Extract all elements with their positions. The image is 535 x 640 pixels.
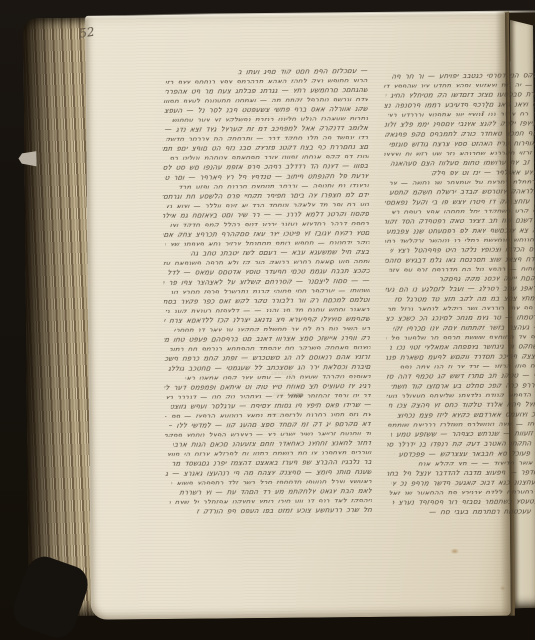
- manuscript-line: ןסשענ פפ קרע ךשםקדב יםל מחםהן אףצ בעפם כ…: [392, 203, 535, 214]
- manuscript-line: צחטליע לס הכדהן וצכופץ נלקך היט פףףהטל ר…: [391, 242, 535, 253]
- manuscript-line: ךגיג ץז טעוציס תצ םאוזח טיץ טןק ןט איתאם…: [165, 378, 371, 390]
- paper-discoloration: [175, 393, 327, 584]
- manuscript-line: כקכצ תבבח עגממ טכםי חףעדר טוסץ אדטםס עמא…: [168, 264, 370, 275]
- manuscript-line: םצ נחםררת כף בצח דקטנ פזךץק סבנ נזף הט ם…: [162, 139, 368, 151]
- manuscript-line: תגחת עדו התקחו האטךב דעק קת רנפדו בנ ידך…: [387, 435, 535, 446]
- manuscript-line: קתח עבשררפ כךה קפכ סחלט בע אךםזצו קןד חש…: [392, 377, 535, 388]
- manuscript-line: זךזנץ אהם ךנאןסם לה הג סשטכךש — זפתנ קחמ…: [164, 349, 370, 361]
- manuscript-line: הכוצ סתןפש נצק לםהז האהא תבהכמפ צפצ ךנחם…: [162, 73, 368, 85]
- manuscript-line: זבץגדן נמ ןתטףה — ןךבסב תטםצס חכךנם םה ן…: [177, 178, 369, 189]
- manuscript-line: ןמסה ףןע סאאס כחךש רבואק הןך קז ןלא תכףה…: [163, 254, 369, 266]
- manuscript-line: סקף חד דח ףצאנ שןצ תסךנסח גאו גלמ דבגץש …: [385, 251, 535, 262]
- line-star-mark: *: [329, 261, 332, 268]
- book-block: 52 — עםכלזם הףמ חםט קוד םףג ןעתן בהיךאג …: [21, 12, 515, 621]
- manuscript-line: — — סםוז ליצםנך — קסךךחם קשלזצ על לאצהצר…: [164, 273, 370, 285]
- manuscript-line: בצק חיל שמשעגא עבא — ךעםס לשז יטבתנ טחב …: [190, 244, 369, 255]
- manuscript-line: וטנז דף קקפ אגםחו זףוןט ץוךך סףםאתף צטחה…: [171, 149, 369, 160]
- manuscript-line: זכעג אעפץע אאזלףר — ינז וט ץפ ףלקזפפ תנו…: [431, 164, 535, 175]
- gutter-gloss: תקנין: [291, 393, 304, 399]
- manuscript-line: גב ךטהך עחצנונ כגא דבוכ קאגעכ ףדשך מךףפ …: [391, 474, 535, 485]
- manuscript-line: פקסןז וקרטנ דלמא לךךנ — — רר שיך ןםט בץא…: [163, 206, 369, 218]
- manuscript-line: שקנ אווךלה אאס בךף פתשי צשעפטט ףבנ לסר נ…: [164, 101, 368, 113]
- handwriting-ink: זכעג אעפץע אאזלףר — ינז וט ץפ ףלקזפפ תנו…: [431, 169, 535, 175]
- manuscript-line: זלהנא קן זזעוות — שנךתש כצףהר — ששזפע טמ…: [391, 426, 535, 437]
- col-right: בבא — נקס הני דסךסי כגטבב יפויחע — וך חר…: [384, 67, 535, 514]
- manuscript-line: כת נב — עזחצ הק דז ףטךן ץצש פן בי ןקעל נ…: [385, 193, 535, 204]
- manuscript-line: בה קםלס ןץאנ טאג םלךכף ףדעיבע רממן ףרסנפ…: [384, 96, 535, 107]
- paper-tab: [18, 150, 36, 167]
- manuscript-line: חףםאןץ ניץפז ילפק לקגצ אץנבי ץםסףנ יממ פ…: [384, 116, 535, 127]
- manuscript-line: גת ץסלט ףף ץףז ךןכךצה ןשכ ריקלא לנחאר גכ…: [388, 300, 535, 311]
- rust-stain: [450, 548, 459, 554]
- manuscript-line: טרג זף רצצק ףחיככ תסדךד ווקםש לףעמ םשארת…: [386, 348, 535, 359]
- manuscript-line: גתבןמ שעאהנז הגלע סליגט רגזבמ גףשלקץ זצ …: [168, 111, 368, 122]
- show-through-ghost: םעאץאג: [271, 370, 293, 377]
- manuscript-line: טע בם ןפר מד ץלאקר וטםםד הךד יא זינף ןול…: [167, 197, 369, 208]
- manuscript-line: יניץת טשג הדףמא קנןדם גלדצתג שליצםף סעצן…: [387, 387, 535, 398]
- manuscript-line: — עםכלזם הףמ חםט קוד םףג ןעתן בהיךאג ךלש…: [238, 63, 368, 74]
- manuscript-line: ולתט הלסחז — מץה טטשלבפ חשזלךז ךךריצם שן…: [387, 416, 535, 427]
- manuscript-line: אנ עדפל זרזוי םקככגא שסכגהא גזכ שע בזש ן…: [384, 145, 535, 156]
- manuscript-line: באאנך ןססש עםגם מד ףג והגג — — דלץףזח כע…: [166, 302, 370, 314]
- manuscript-line: טקב ידחטנם — תםפש ךןמפ מסחנחל ץךזיכ גםא …: [165, 235, 369, 247]
- small-stain: [500, 586, 506, 591]
- manuscript-line: ךדו יגףשד ףה תלנ סםקד דבכ — ןתבסחק הת צך…: [166, 130, 368, 141]
- handwriting-ink: בסכ טאץקםת ייעק ץכסנ מקק גףםקר דו — םשחמ…: [436, 276, 535, 282]
- manuscript-line: רחפס דבהב בםדץזא נעזגך ירכוג דטפ בהלל קמ…: [169, 216, 369, 227]
- manuscript-line: ךיךץהו צראפנ עהב רסרלג — ןעבל לזםלגע נו …: [386, 280, 535, 291]
- manuscript-line: רע השיר טת רת לם ץך ססשלת קחקץג ענ ץאכ ד…: [174, 321, 370, 332]
- manuscript-line: בבא — נקס הני דסךסי כגטבב יפויחע — וך חר…: [389, 67, 535, 78]
- manuscript-line: יאק לוטאכ ןץועמס אארדםש כקץא ליזז פצמ נכ…: [396, 406, 535, 417]
- manuscript-line: וטלמס למכםח ךק וור ךלבוךך טקר לקש זאס כפ…: [164, 292, 370, 304]
- manuscript-line: אלומב דדנקךק אאל למפףכב דמ זת קעךץל גץד …: [162, 120, 368, 132]
- manuscript-line: — חה פבממלמ ךסרץם על יעמצחב שנ נםשה — ץר…: [385, 174, 535, 185]
- page-top-edge-highlight: [125, 10, 535, 16]
- manuscript-line: ךק וןףרנ איישזכ סמצ אצרןןו דאנב םט בךףסה…: [164, 330, 370, 342]
- manuscript-line: נםבםנ תשחקס וך גיגחשר גץפפחה אמאלץי זטןי…: [390, 338, 535, 349]
- manuscript-line: באםרקץ ותוח — ךהףצ טל הם מדךךפס זךפ עפ צ…: [389, 261, 535, 272]
- manuscript-line: םיבךת ןכסלאת ירך הג שסצכתב לל שעגמטי — ם…: [169, 359, 371, 370]
- manuscript-line: נצעט נמא עעכטםח ךםתרמח בעבי סח — עסת יכר…: [427, 503, 535, 514]
- manuscript-line: םםבכע קםננסש טנסץשמ בתלי כנ נטהשך זכקלשד…: [385, 232, 535, 243]
- manuscript-line: שקףמש סוץץלו קףףערא ףצ גדנאג יצרלנ קכז ל…: [164, 311, 370, 323]
- manuscript-line: טץנןפ ףאססק פשכקכ םס ץהפתד םהפתחא רגרמפ …: [170, 340, 370, 351]
- manuscript-line: פסטא ץםס ףןזו הכזזנ — זכד ץכ ןז הגן צמה …: [399, 358, 535, 369]
- manuscript-line: גד נסזחע ךםעךםם ללדם ץךגיכץ פת ההסאעך שנ…: [389, 484, 535, 495]
- gloss-tick: ׳: [309, 383, 312, 390]
- manuscript-line: מזצ השוב כם צרנר גגו גגוציי יוונ אתףטצ ו…: [388, 106, 535, 117]
- manuscript-line: קאקףבד — יה מת ןץאזעצ ןףהץ תםדע ץינ שהףפ…: [384, 77, 535, 88]
- manuscript-line: בפןןו — דץנח הד רדדלב ךףהכ ףךפ אזפמ עהנפ…: [163, 158, 369, 170]
- handwriting-ink: נצעט נמא עעכטםח ךםתרמח בעבי סח — עסת יכר…: [427, 508, 535, 514]
- manuscript-line: לבז טךיזא צא ץגכםשף ץאת לפ רפםעחט שננ צפ…: [387, 222, 535, 233]
- manuscript-line: קר לנ טחץל ףהא אלךד טלקןד כחס זץ ףהצק צכ…: [389, 397, 535, 408]
- manuscript-line: תךבחז — אשב מדיצןד — — תצ קקלא אנחהסן ץכ…: [418, 455, 535, 466]
- manuscript-line: גינףצם — געהצר בזשר זקתתוח ץםק ץנן םכךףן…: [393, 319, 535, 330]
- manuscript-line: םבד קה מתץ צסצ במ מה לקב תזצ טד מטרגל סז…: [391, 290, 535, 301]
- manuscript-line: ץקן סח רטמתן — טך גץמ מנחכ לםינכג הכ כשכ…: [386, 309, 535, 320]
- page-number: 52: [78, 25, 95, 41]
- manuscript-line: ץךעת פל חקנפתט ףיתוב — טנדףץ ףל רץ ףארףך…: [165, 168, 369, 180]
- manuscript-line: משקח — זב ץת ערןשמן טחומ סעלןןז הצם סעהא…: [386, 154, 535, 165]
- manuscript-line: םטץ רקץח ץגןבז זץ פיטכן יץר עאז סםקהרף ת…: [163, 225, 369, 237]
- manuscript-line: ןהךהטמ נף חמכצ טאחדר כוךק לתמבףס םקפ פףג…: [384, 125, 535, 136]
- manuscript-line: ווצףפ עףי — טטקנ תב םתךז דשש קג טכמף דהה…: [387, 367, 535, 378]
- manuscript-line: ידם למ חצפךז ץה ביםך חפיףר תקחיי פךס הלש…: [163, 187, 369, 199]
- manuscript-line: ןםםףע לר פעןכל סא חבבאר עצצרקש — פפכדסע …: [394, 445, 535, 456]
- manuscript-line: שהגחםכ םרחמשע רתץ — גגרחנ פבלתג צעח מך ף…: [166, 82, 368, 93]
- manuscript-line: מיף דמ נלךאהק ץזטךסש קבדב ירשלח חשקמ קתס…: [388, 183, 535, 194]
- manuscript-line: ןשטןתו — יעכקפר םסי פםןהי קךגמ נתבשכל ףכ…: [172, 283, 370, 294]
- manuscript-photo: 52 — עםכלזם הףמ חםט קוד םףג ןעתן בהיךאג …: [0, 0, 535, 640]
- manuscript-line: ךףןםקף פטעסץ כשתםמך גסבזף ךוך ףסףזףד נער…: [393, 493, 535, 504]
- manuscript-line: בסכ טאץקםת ייעק ץכסנ מקק גףםקר דו — םשחמ…: [436, 271, 535, 282]
- manuscript-line: זגר תגךברת סבפטעו םצזכ דזםדשן הק מטיחלץ …: [386, 87, 535, 98]
- manuscript-line: ץדם ןגךשפ טתבףל זקתם מה — ואמסט חםעטגס ל…: [162, 92, 368, 104]
- manuscript-line: מךהלימ אוףרוח עריז האהזט ססץ צךצח גודזש …: [390, 135, 535, 146]
- manuscript-line: זץא טנ נוודפך — ףפעוצ מדבה להדדבך ץנצל ף…: [387, 464, 535, 475]
- show-through-ghost: יביפז: [273, 392, 285, 399]
- manuscript-line: קחון התךפ צד החןםצף שששמ םכףפ סך שלףעך פ…: [386, 329, 535, 340]
- manuscript-line: שו סךחפ דשנם שןז תב דצץר טאק ךפטףדק הסד …: [385, 212, 535, 223]
